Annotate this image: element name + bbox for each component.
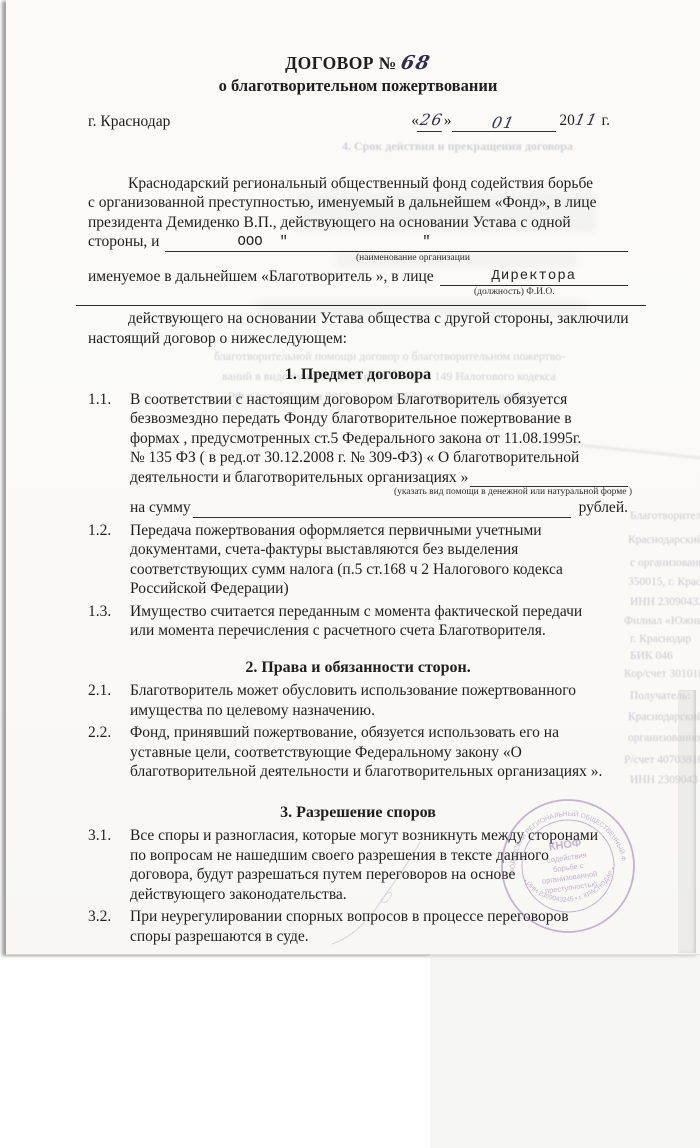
clause-number: 1.1. [88, 390, 130, 518]
text-line: В соответствии с настоящим договором Бла… [130, 390, 628, 410]
sum-prefix: на сумму [130, 498, 191, 518]
clause-number: 1.3. [88, 602, 130, 641]
clause-2-1: 2.1. Благотворитель может обусловить исп… [88, 681, 628, 720]
position-prefix: именуемое в дальнейшем «Благотворитель »… [88, 267, 434, 287]
year-suffix: г. [602, 112, 610, 129]
bleedthrough-text: с организованной [630, 557, 700, 569]
text-line: действующего на основании Устава обществ… [88, 309, 628, 329]
scan-artifact-band [678, 690, 696, 953]
bleedthrough-text: БИК 046 [630, 650, 673, 662]
contract-title-label: ДОГОВОР № [285, 53, 397, 73]
text-line: безвозмездно передать Фонду благотворите… [130, 409, 628, 429]
bleedthrough-text: Благотворитель: [630, 510, 700, 522]
bleedthrough-text: г. Краснодар [630, 633, 691, 645]
bleedthrough-text: Филиал «Южный» ОАО «УРАЛСИБ» [624, 615, 700, 627]
position-caption: (должность) Ф.И.О. [88, 286, 628, 298]
text-line: благотворительной деятельности и благотв… [130, 762, 628, 782]
city-date-row: г. Краснодар «26»01 2011 г. [88, 111, 628, 132]
clause-1-2: 1.2. Передача пожертвования оформляется … [88, 521, 628, 599]
contract-subtitle: о благотворительном пожертвовании [88, 76, 628, 96]
text-line: соответствующих сумм налога (п.5 ст.168 … [130, 560, 628, 580]
handwritten-contract-number: 68 [399, 54, 433, 74]
sum-blank [193, 503, 571, 518]
text-line: имущества по целевому назначению. [130, 701, 628, 721]
org-blank-row: стороны, и ООО " " [88, 232, 628, 252]
org-name-blank: ООО " " [165, 234, 628, 252]
intro-lines: Краснодарский региональный общественный … [88, 174, 628, 233]
fund-stamp: КРАСНОДАРСКИЙ РЕГИОНАЛЬНЫЙ ОБЩЕСТВЕННЫЙ … [489, 787, 647, 945]
handwritten-month: 01 [491, 116, 517, 131]
text-line: или момента перечисления с расчетного сч… [130, 621, 628, 641]
horizontal-rule [76, 305, 646, 306]
handwritten-day: 26 [417, 111, 446, 132]
donation-type-caption: (указать вид помощи в денежной или натур… [130, 486, 632, 498]
sum-suffix: рублей. [579, 498, 628, 518]
text-line: президента Демиденко В.П., действующего … [88, 213, 628, 233]
text-line: с организованной преступностью, именуемы… [88, 193, 628, 213]
city-label: г. Краснодар [88, 112, 170, 132]
clause-lines: В соответствии с настоящим договором Бла… [130, 390, 628, 468]
text-line: Благотворитель может обусловить использо… [130, 681, 628, 701]
intro-paragraph: Краснодарский региональный общественный … [88, 174, 628, 349]
bleedthrough-text: Краснодарский рег [628, 534, 700, 546]
year-prefix: 20 [559, 112, 575, 129]
clause-number: 2.2. [88, 723, 130, 782]
scanned-contract-page: { "header": { "title_label": "ДОГОВОР №"… [0, 0, 700, 1148]
signature-stroke [324, 838, 434, 950]
org-prefix: стороны, и [88, 232, 159, 252]
org-caption: (наименование организации [88, 252, 628, 264]
text-line: Фонд, принявший пожертвование, обязуется… [130, 723, 628, 743]
handwritten-year: 11 [573, 111, 600, 131]
section1-heading: 1. Предмет договора [88, 365, 628, 385]
intro-closing-lines: действующего на основании Устава обществ… [88, 309, 628, 348]
contract-title: ДОГОВОР № 68 [88, 54, 628, 74]
text-line: документами, счета-фактуры выставляются … [130, 540, 628, 560]
clause-2-2: 2.2. Фонд, принявший пожертвование, обяз… [88, 723, 628, 782]
position-blank-row: именуемое в дальнейшем «Благотворитель »… [88, 267, 628, 287]
bleedthrough-text: ИНН 2309043245 [630, 596, 700, 608]
position-blank: Директора [440, 268, 628, 286]
clause-text: Благотворитель может обусловить использо… [130, 681, 628, 720]
bleedthrough-text: Кор/счет 30101810400000000700 [624, 668, 700, 680]
month-blank: 01 [452, 116, 556, 132]
clause-fill-line: деятельности и благотворительных организ… [130, 468, 628, 488]
clause-number: 3.1. [88, 826, 130, 904]
donation-type-blank [470, 473, 628, 487]
clause-number: 1.2. [88, 521, 130, 599]
clause-last-text: деятельности и благотворительных организ… [130, 468, 468, 488]
clause-text: Имущество считается переданным с момента… [130, 602, 628, 641]
clause-1-3: 1.3. Имущество считается переданным с мо… [88, 602, 628, 641]
clause-number: 3.2. [88, 907, 130, 946]
scanned-sheet: 4. Срок действия и прекращения договораб… [6, 0, 700, 955]
clause-number: 2.1. [88, 681, 130, 720]
date-line: «26»01 2011 г. [411, 111, 610, 132]
text-line: Краснодарский региональный общественный … [88, 174, 628, 194]
clause-text: Передача пожертвования оформляется перви… [130, 521, 628, 599]
bleedthrough-text: 350015, г. Краснод [628, 576, 700, 588]
scanner-background [430, 954, 700, 1148]
text-line: Российской Федерации) [130, 579, 628, 599]
text-line: Передача пожертвования оформляется перви… [130, 521, 628, 541]
text-line: уставные цели, соответствующие Федеральн… [130, 743, 628, 763]
clause-text: Фонд, принявший пожертвование, обязуется… [130, 723, 628, 782]
section2-heading: 2. Права и обязанности сторон. [88, 658, 628, 678]
text-line: настоящий договор о нижеследующем: [88, 329, 628, 349]
text-line: Имущество считается переданным с момента… [130, 602, 628, 622]
sum-row: на сумму рублей. [130, 498, 628, 518]
